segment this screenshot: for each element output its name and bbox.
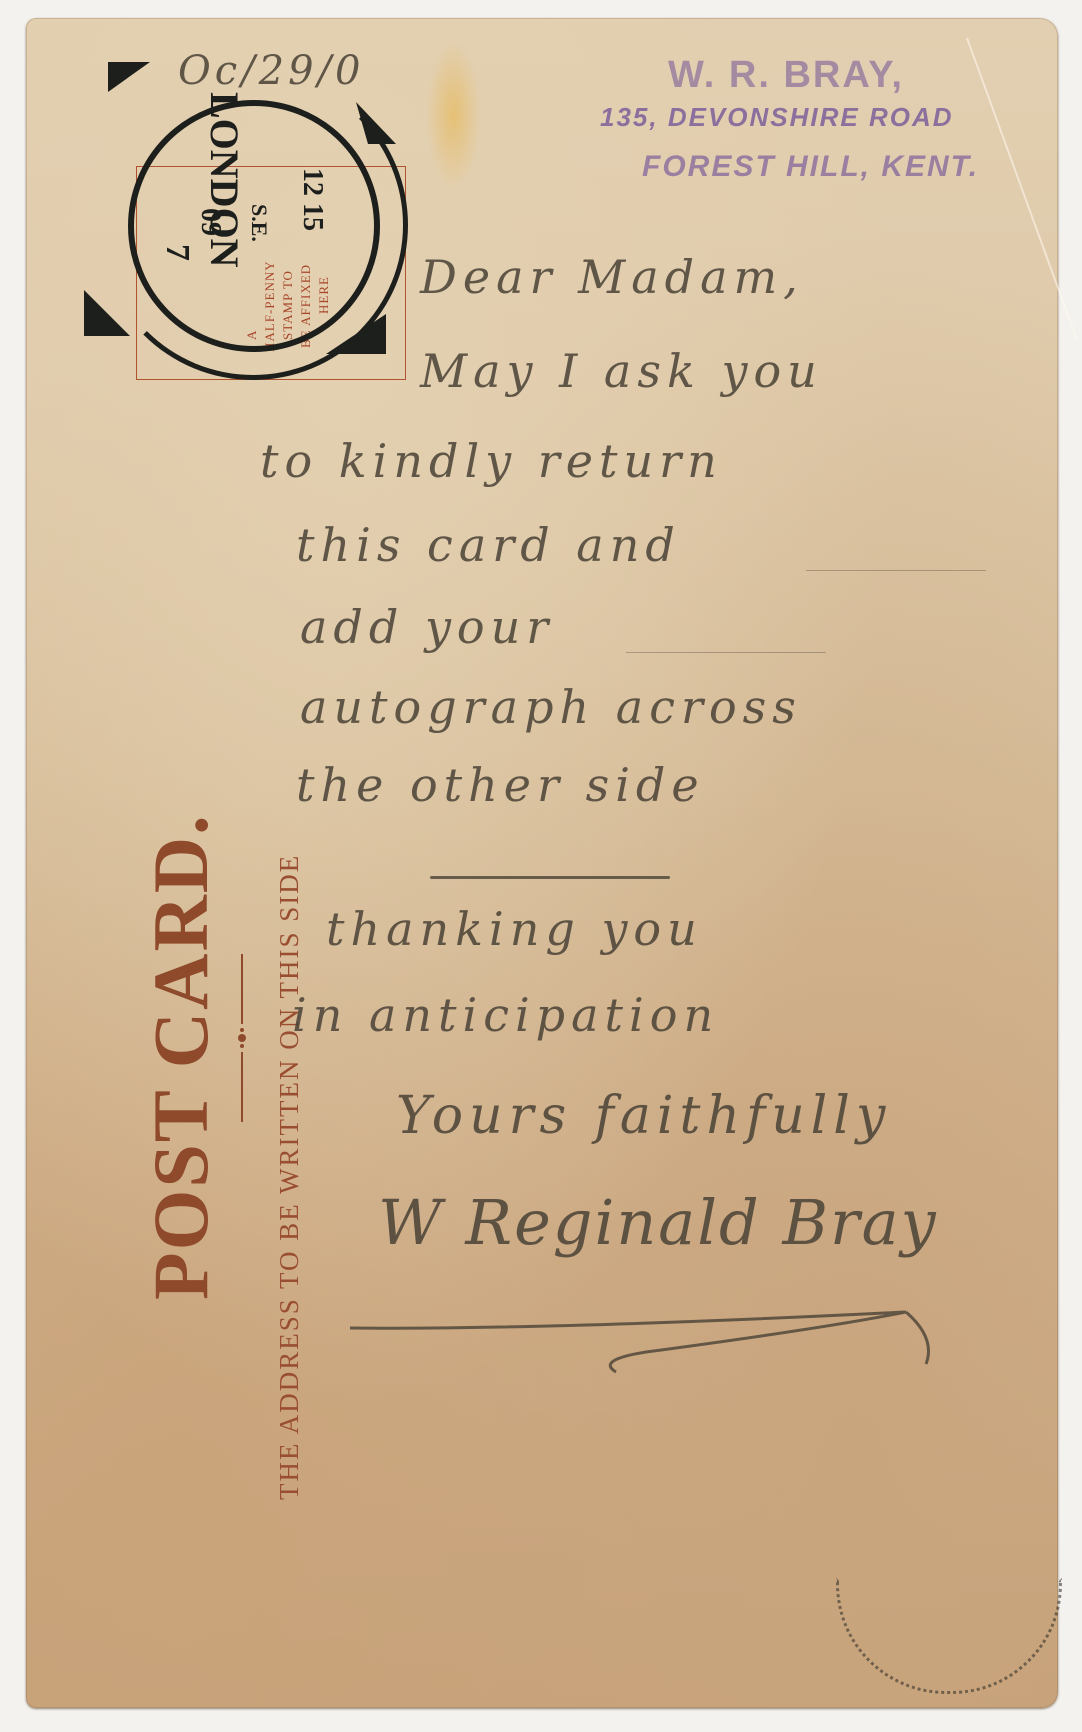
stain: [426, 40, 481, 190]
letter-line-1: May I ask you: [420, 344, 823, 398]
date-note: Oc/29/0: [178, 48, 365, 94]
letter-line-3: this card and: [296, 518, 681, 572]
signature: W Reginald Bray: [378, 1186, 938, 1259]
letter-line-6: the other side: [296, 758, 705, 812]
address-instruction: THE ADDRESS TO BE WRITTEN ON THIS SIDE: [274, 854, 305, 1500]
letter-line-4: add your: [300, 600, 554, 654]
line-filler: [806, 570, 986, 571]
postcard: A HALF-PENNY STAMP TO BE AFFIXED HERE LO…: [26, 18, 1058, 1708]
postmark-time: 7: [158, 244, 196, 261]
sender-name: W. R. BRAY,: [668, 54, 904, 97]
closing: Yours faithfully: [396, 1086, 891, 1146]
letter-line-5: autograph across: [300, 680, 802, 734]
postmark-date: 12 15: [296, 168, 328, 231]
postmark-code: S.E.: [246, 204, 272, 242]
crease: [966, 38, 1077, 339]
letter-line-2: to kindly return: [260, 434, 723, 488]
postmark-year: 09: [194, 208, 226, 236]
card-title: POST CARD.: [136, 813, 226, 1300]
sender-locality: FOREST HILL, KENT.: [642, 150, 979, 184]
postmark-wedge-tl: [108, 62, 150, 92]
postmark-town: LONDON: [201, 92, 248, 268]
ornament-divider: [232, 954, 252, 1124]
signature-flourish: [346, 1308, 986, 1388]
underline: [430, 876, 670, 879]
letter-line-7: thanking you: [326, 902, 703, 956]
salutation: Dear Madam,: [420, 250, 804, 304]
faint-postmark: [836, 1578, 1062, 1694]
line-filler: [626, 652, 826, 653]
letter-line-8: in anticipation: [292, 988, 719, 1042]
sender-street: 135, DEVONSHIRE ROAD: [600, 102, 954, 133]
